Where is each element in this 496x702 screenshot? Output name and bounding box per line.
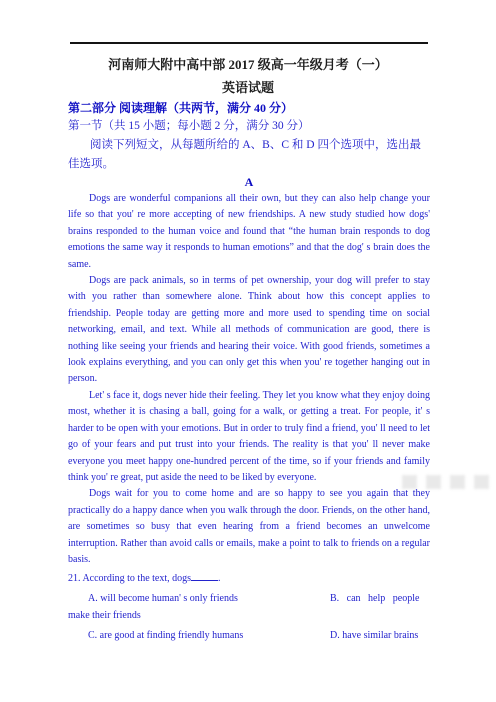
watermark-smudge <box>402 475 489 489</box>
part-heading: 第二部分 阅读理解（共两节，满分 40 分） <box>68 99 430 117</box>
exam-title: 河南师大附中高中部 2017 级高一年级月考（一） <box>0 57 496 73</box>
section-instructions: 阅读下列短文，从每题所给的 A、B、C 和 D 四个选项中，选出最佳选项。 <box>68 136 430 174</box>
answer-blank <box>191 572 218 581</box>
option-c: C. are good at finding friendly humans <box>88 628 330 644</box>
option-b-continuation: make their friends <box>68 608 430 624</box>
exam-page: 河南师大附中高中部 2017 级高一年级月考（一） 英语试题 第二部分 阅读理解… <box>0 0 496 702</box>
option-b: B. can help people <box>330 591 419 607</box>
header-rule <box>70 42 428 44</box>
passage-paragraph: Let' s face it, dogs never hide their fe… <box>68 388 430 486</box>
question-21: 21. According to the text, dogs. A. will… <box>68 571 430 644</box>
exam-body: 第二部分 阅读理解（共两节，满分 40 分） 第一节（共 15 小题；每小题 2… <box>68 99 430 644</box>
question-stem: 21. According to the text, dogs. <box>68 571 430 587</box>
option-d: D. have similar brains <box>330 628 418 644</box>
options-row-ab: A. will become human' s only friends B. … <box>68 591 430 607</box>
question-stem-period: . <box>218 573 221 584</box>
passage-paragraph: Dogs wait for you to come home and are s… <box>68 486 430 568</box>
option-a: A. will become human' s only friends <box>88 591 330 607</box>
reading-passage: Dogs are wonderful companions all their … <box>68 191 430 568</box>
section-heading: 第一节（共 15 小题；每小题 2 分，满分 30 分） <box>68 117 430 136</box>
question-stem-text: 21. According to the text, dogs <box>68 573 191 584</box>
passage-paragraph: Dogs are wonderful companions all their … <box>68 191 430 273</box>
options-row-cd: C. are good at finding friendly humans D… <box>68 628 430 644</box>
exam-subtitle: 英语试题 <box>0 80 496 96</box>
passage-paragraph: Dogs are pack animals, so in terms of pe… <box>68 273 430 388</box>
passage-label: A <box>68 174 430 191</box>
